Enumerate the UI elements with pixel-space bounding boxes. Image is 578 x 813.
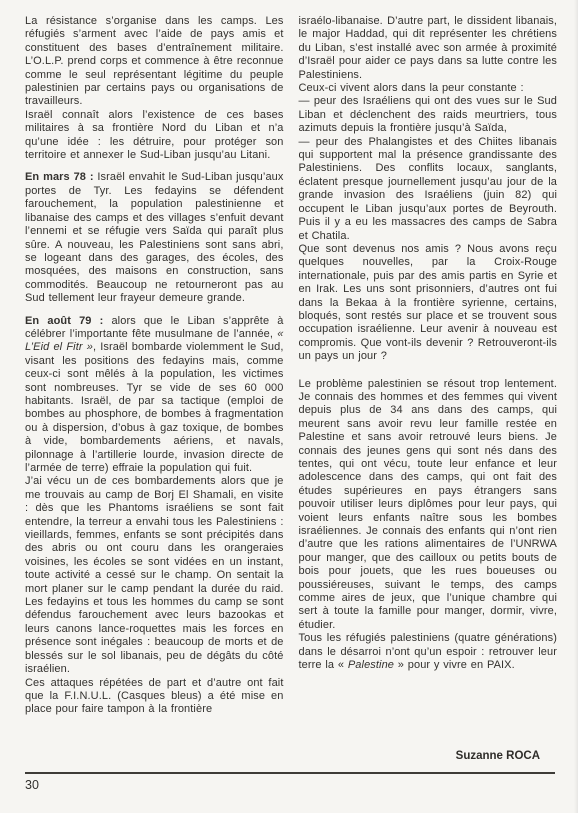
text-run: , Israël bombarde violemment le Sud, vis… [25, 341, 284, 474]
text-run: Israël connaît alors l’existence de ces … [25, 109, 284, 161]
text-run: En août 79 : [25, 315, 111, 327]
text-run: J’ai vécu un de ces bombardements alors … [25, 475, 284, 675]
article-body: La résistance s’organise dans les camps.… [25, 15, 557, 717]
left-column: La résistance s’organise dans les camps.… [25, 15, 284, 717]
text-run: En mars 78 : [25, 171, 97, 183]
text-run: Ceux-ci vivent alors dans la peur consta… [299, 82, 524, 94]
text-run: — peur des Israéliens qui ont des vues s… [299, 95, 558, 134]
author-signature: Suzanne ROCA [456, 750, 540, 762]
footer-rule [25, 772, 555, 774]
paragraph: En août 79 : alors que le Liban s’apprêt… [25, 315, 284, 476]
text-run: Ces attaques répétées de part et d’autre… [25, 677, 284, 716]
paragraph: — peur des Israéliens qui ont des vues s… [299, 95, 558, 135]
paragraph: Tous les réfugiés palestiniens (quatre g… [299, 632, 558, 672]
paragraph: Israël connaît alors l’existence de ces … [25, 109, 284, 163]
text-run: » pour y vivre en PAIX. [394, 659, 515, 671]
text-run: Palestine [348, 659, 394, 671]
page-number: 30 [25, 778, 39, 792]
right-column: israélo-libanaise. D’autre part, le diss… [299, 15, 558, 717]
text-run: Israël envahit le Sud-Liban jusqu’aux po… [25, 171, 284, 304]
paragraph: J’ai vécu un de ces bombardements alors … [25, 475, 284, 676]
text-run: Que sont devenus nos amis ? Nous avons r… [299, 243, 558, 362]
text-run: La résistance s’organise dans les camps.… [25, 15, 284, 107]
paragraph: Ceux-ci vivent alors dans la peur consta… [299, 82, 558, 95]
paragraph: Ces attaques répétées de part et d’autre… [25, 677, 284, 717]
paragraph: En mars 78 : Israël envahit le Sud-Liban… [25, 171, 284, 305]
paragraph: Le problème palestinien se résout trop l… [299, 378, 558, 633]
text-run: israélo-libanaise. D’autre part, le diss… [299, 15, 558, 81]
paragraph: La résistance s’organise dans les camps.… [25, 15, 284, 109]
text-run: — peur des Phalangistes et des Chiites l… [299, 136, 558, 242]
text-run: Le problème palestinien se résout trop l… [299, 378, 558, 631]
paragraph: — peur des Phalangistes et des Chiites l… [299, 136, 558, 243]
paragraph: israélo-libanaise. D’autre part, le diss… [299, 15, 558, 82]
scan-page-edge [574, 0, 578, 813]
paragraph: Que sont devenus nos amis ? Nous avons r… [299, 243, 558, 364]
